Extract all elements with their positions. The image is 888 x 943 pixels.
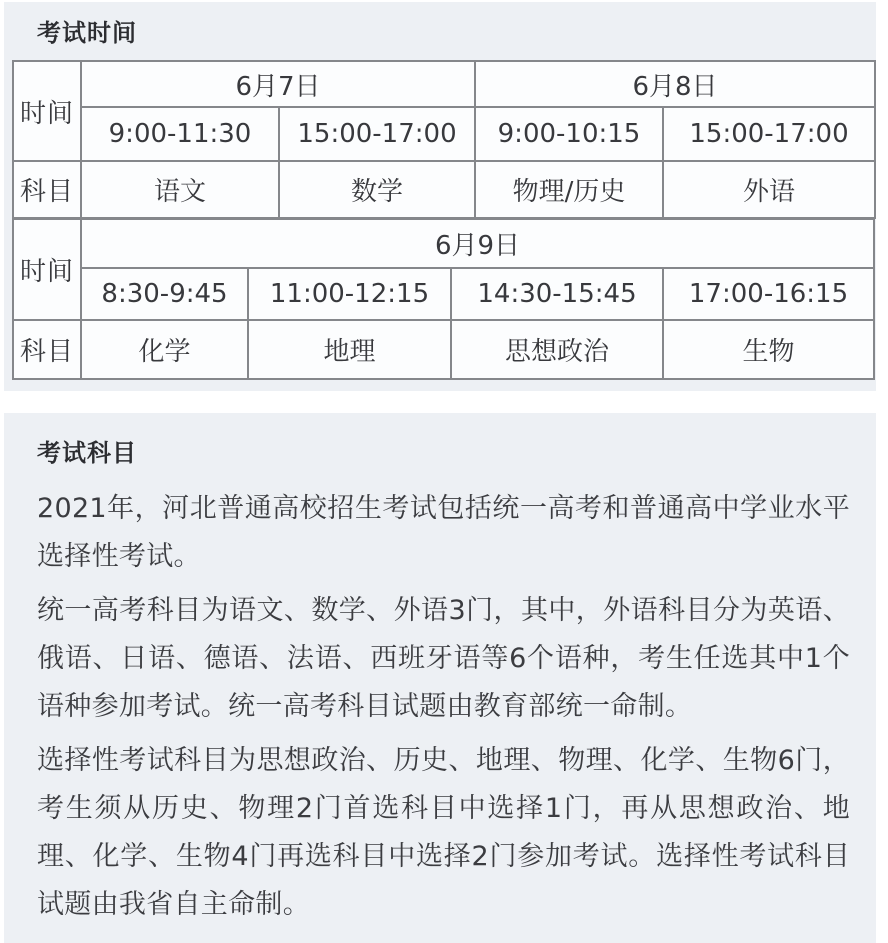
time-slot-cell: 11:00-12:15	[248, 268, 451, 320]
paragraph-overview: 2021年，河北普通高校招生考试包括统一高考和普通高中学业水平选择性考试。	[37, 485, 850, 581]
subject-cell: 生物	[663, 320, 874, 379]
exam-time-table-jun7-8: 时间 6月7日 6月8日 9:00-11:30 15:00-17:00 9:00…	[12, 60, 876, 219]
exam-time-table-jun9: 时间 6月9日 8:30-9:45 11:00-12:15 14:30-15:4…	[12, 218, 875, 380]
time-slot-cell: 14:30-15:45	[451, 268, 663, 320]
date-cell-jun7: 6月7日	[81, 61, 475, 107]
time-slot-cell: 9:00-10:15	[475, 107, 663, 161]
subject-cell: 语文	[81, 161, 279, 218]
paragraph-selective-exam: 选择性考试科目为思想政治、历史、地理、物理、化学、生物6门，考生须从历史、物理2…	[37, 737, 850, 929]
time-slot-cell: 17:00-16:15	[663, 268, 874, 320]
subject-row-label: 科目	[13, 320, 81, 379]
subject-cell: 外语	[663, 161, 875, 218]
subject-cell: 化学	[81, 320, 248, 379]
table-row: 科目 语文 数学 物理/历史 外语	[13, 161, 875, 218]
subject-cell: 数学	[279, 161, 475, 218]
exam-subjects-body: 2021年，河北普通高校招生考试包括统一高考和普通高中学业水平选择性考试。 统一…	[37, 485, 850, 929]
exam-time-section: 考试时间 时间 6月7日 6月8日 9:00-11:30 15:00-17:00…	[4, 2, 876, 391]
subject-cell: 地理	[248, 320, 451, 379]
table-row: 9:00-11:30 15:00-17:00 9:00-10:15 15:00-…	[13, 107, 875, 161]
time-slot-cell: 15:00-17:00	[279, 107, 475, 161]
paragraph-unified-exam: 统一高考科目为语文、数学、外语3门，其中，外语科目分为英语、俄语、日语、德语、法…	[37, 587, 850, 731]
time-slot-cell: 9:00-11:30	[81, 107, 279, 161]
subject-cell: 物理/历史	[475, 161, 663, 218]
subject-row-label: 科目	[13, 161, 81, 218]
table-row: 8:30-9:45 11:00-12:15 14:30-15:45 17:00-…	[13, 268, 874, 320]
exam-subjects-section: 考试科目 2021年，河北普通高校招生考试包括统一高考和普通高中学业水平选择性考…	[4, 413, 876, 943]
date-cell-jun9: 6月9日	[81, 219, 874, 268]
time-row-label: 时间	[13, 219, 81, 320]
table-row: 科目 化学 地理 思想政治 生物	[13, 320, 874, 379]
time-row-label: 时间	[13, 61, 81, 161]
time-slot-cell: 15:00-17:00	[663, 107, 875, 161]
exam-subjects-title: 考试科目	[4, 413, 876, 469]
date-cell-jun8: 6月8日	[475, 61, 875, 107]
subject-cell: 思想政治	[451, 320, 663, 379]
time-slot-cell: 8:30-9:45	[81, 268, 248, 320]
table-row: 时间 6月9日	[13, 219, 874, 268]
table-row: 时间 6月7日 6月8日	[13, 61, 875, 107]
exam-time-title: 考试时间	[4, 2, 876, 49]
